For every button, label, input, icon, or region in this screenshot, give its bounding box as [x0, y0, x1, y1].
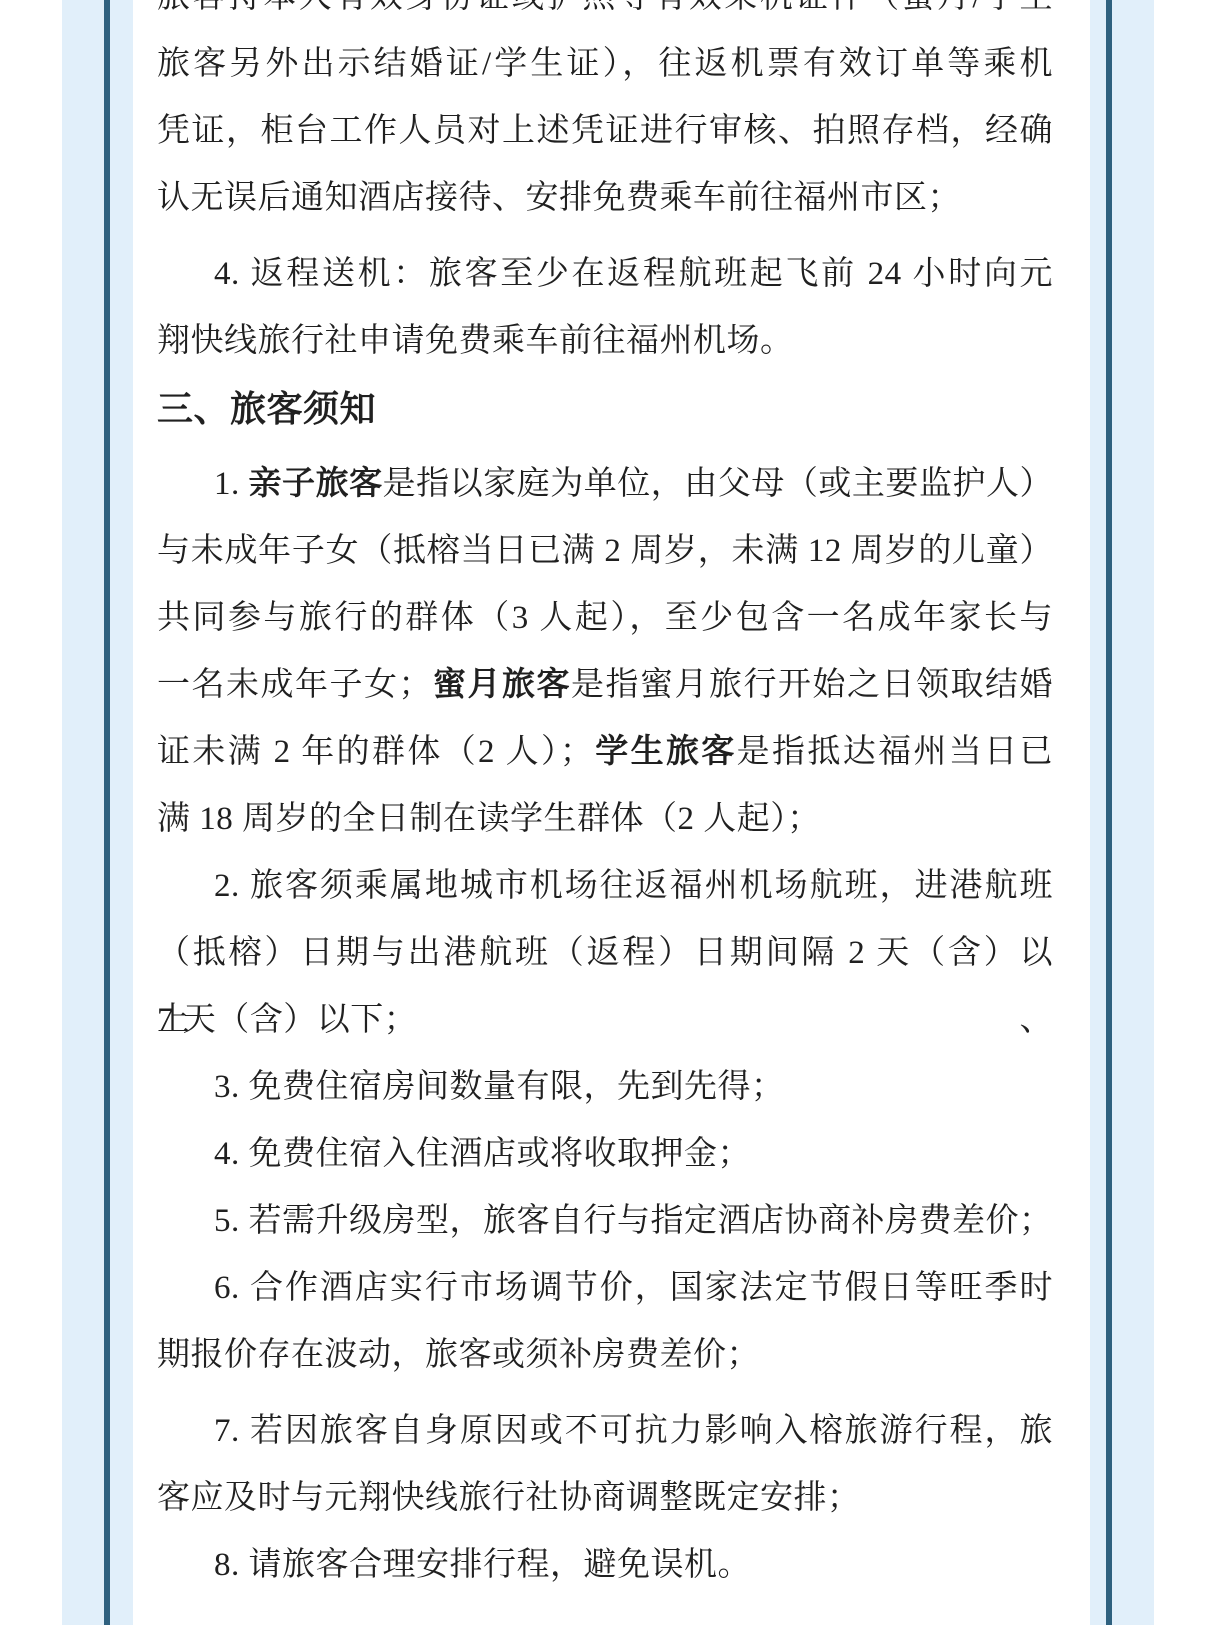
text-segment: 共同参与旅行的群体（3 人起），至少包含一名成年家长与 — [157, 600, 1053, 636]
text-segment: 是指抵达福州当日已 — [737, 734, 1053, 770]
text-line: 2. 旅客须乘属地城市机场往返福州机场航班，进港航班 — [157, 853, 1053, 920]
text-line: 凭证，柜台工作人员对上述凭证进行审核、拍照存档，经确 — [157, 98, 1053, 165]
left-border-pinstripe — [104, 0, 110, 1625]
text-line: 4. 免费住宿入住酒店或将收取押金； — [157, 1121, 1053, 1188]
text-segment: 是指以家庭为单位，由父母（或主要监护人） — [383, 466, 1053, 502]
text-segment: 6. 合作酒店实行市场调节价，国家法定节假日等旺季时 — [214, 1270, 1053, 1306]
text-segment: 翔快线旅行社申请免费乘车前往福州机场。 — [157, 323, 794, 359]
text-segment: 满 18 周岁的全日制在读学生群体（2 人起）； — [157, 801, 821, 837]
text-segment: 是指蜜月旅行开始之日领取结婚 — [571, 667, 1053, 703]
text-segment: 7 天（含）以下； — [157, 1002, 417, 1038]
text-line: 客应及时与元翔快线旅行社协商调整既定安排； — [157, 1465, 1053, 1532]
text-segment: 旅客另外出示结婚证/学生证），往返机票有效订单等乘机 — [157, 46, 1053, 82]
right-border-pinstripe — [1106, 0, 1112, 1625]
text-line: 4. 返程送机：旅客至少在返程航班起飞前 24 小时向元 — [157, 241, 1053, 308]
text-segment: 5. 若需升级房型，旅客自行与指定酒店协商补房费差价； — [214, 1203, 1053, 1239]
text-segment: 三、旅客须知 — [157, 388, 376, 429]
text-segment: 认无误后通知酒店接待、安排免费乘车前往福州市区； — [157, 180, 961, 216]
text-line: 证未满 2 年的群体（2 人）；学生旅客是指抵达福州当日已 — [157, 719, 1053, 786]
article-page: 旅客持本人有效身份证或护照等有效乘机证件（蜜月/学生旅客另外出示结婚证/学生证）… — [0, 0, 1216, 1625]
text-segment: 凭证，柜台工作人员对上述凭证进行审核、拍照存档，经确 — [157, 113, 1053, 149]
text-line: 旅客持本人有效身份证或护照等有效乘机证件（蜜月/学生 — [157, 0, 1053, 31]
text-line: 满 18 周岁的全日制在读学生群体（2 人起）； — [157, 786, 1053, 853]
text-line: 旅客另外出示结婚证/学生证），往返机票有效订单等乘机 — [157, 31, 1053, 98]
text-segment: 证未满 2 年的群体（2 人）； — [157, 734, 593, 770]
text-segment: 8. 请旅客合理安排行程，避免误机。 — [214, 1547, 751, 1583]
text-line: 6. 合作酒店实行市场调节价，国家法定节假日等旺季时 — [157, 1255, 1053, 1322]
text-segment: 旅客持本人有效身份证或护照等有效乘机证件（蜜月/学生 — [157, 0, 1053, 15]
text-segment: 一名未成年子女； — [157, 667, 432, 703]
text-line: 翔快线旅行社申请免费乘车前往福州机场。 — [157, 308, 1053, 375]
text-segment: 期报价存在波动，旅客或须补房费差价； — [157, 1337, 760, 1373]
text-line: 期报价存在波动，旅客或须补房费差价； — [157, 1322, 1053, 1389]
text-line: 共同参与旅行的群体（3 人起），至少包含一名成年家长与 — [157, 585, 1053, 652]
text-line: 与未成年子女（抵榕当日已满 2 周岁，未满 12 周岁的儿童） — [157, 518, 1053, 585]
text-line: 1. 亲子旅客是指以家庭为单位，由父母（或主要监护人） — [157, 451, 1053, 518]
text-segment: 与未成年子女（抵榕当日已满 2 周岁，未满 12 周岁的儿童） — [157, 533, 1053, 569]
text-line: 7. 若因旅客自身原因或不可抗力影响入榕旅游行程，旅 — [157, 1398, 1053, 1465]
text-line: 5. 若需升级房型，旅客自行与指定酒店协商补房费差价； — [157, 1188, 1053, 1255]
bold-term: 亲子旅客 — [249, 466, 383, 502]
bold-term: 学生旅客 — [593, 734, 736, 770]
bold-term: 蜜月旅客 — [432, 667, 571, 703]
section-heading: 三、旅客须知 — [157, 375, 1053, 442]
document-body: 旅客持本人有效身份证或护照等有效乘机证件（蜜月/学生旅客另外出示结婚证/学生证）… — [157, 0, 1053, 1599]
text-line: 8. 请旅客合理安排行程，避免误机。 — [157, 1532, 1053, 1599]
text-segment: 4. 返程送机：旅客至少在返程航班起飞前 24 小时向元 — [214, 256, 1053, 292]
text-segment: 客应及时与元翔快线旅行社协商调整既定安排； — [157, 1480, 861, 1516]
left-border-band — [62, 0, 133, 1625]
text-segment: 7. 若因旅客自身原因或不可抗力影响入榕旅游行程，旅 — [214, 1413, 1053, 1449]
text-line: 一名未成年子女；蜜月旅客是指蜜月旅行开始之日领取结婚 — [157, 652, 1053, 719]
text-segment: 2. 旅客须乘属地城市机场往返福州机场航班，进港航班 — [214, 868, 1053, 904]
right-border-band — [1090, 0, 1154, 1625]
text-line: 认无误后通知酒店接待、安排免费乘车前往福州市区； — [157, 165, 1053, 232]
text-segment: 3. 免费住宿房间数量有限，先到先得； — [214, 1069, 785, 1105]
text-line: （抵榕）日期与出港航班（返程）日期间隔 2 天（含）以上、 — [157, 920, 1053, 987]
text-line: 3. 免费住宿房间数量有限，先到先得； — [157, 1054, 1053, 1121]
text-segment: 1. — [214, 466, 249, 502]
text-segment: 4. 免费住宿入住酒店或将收取押金； — [214, 1136, 751, 1172]
